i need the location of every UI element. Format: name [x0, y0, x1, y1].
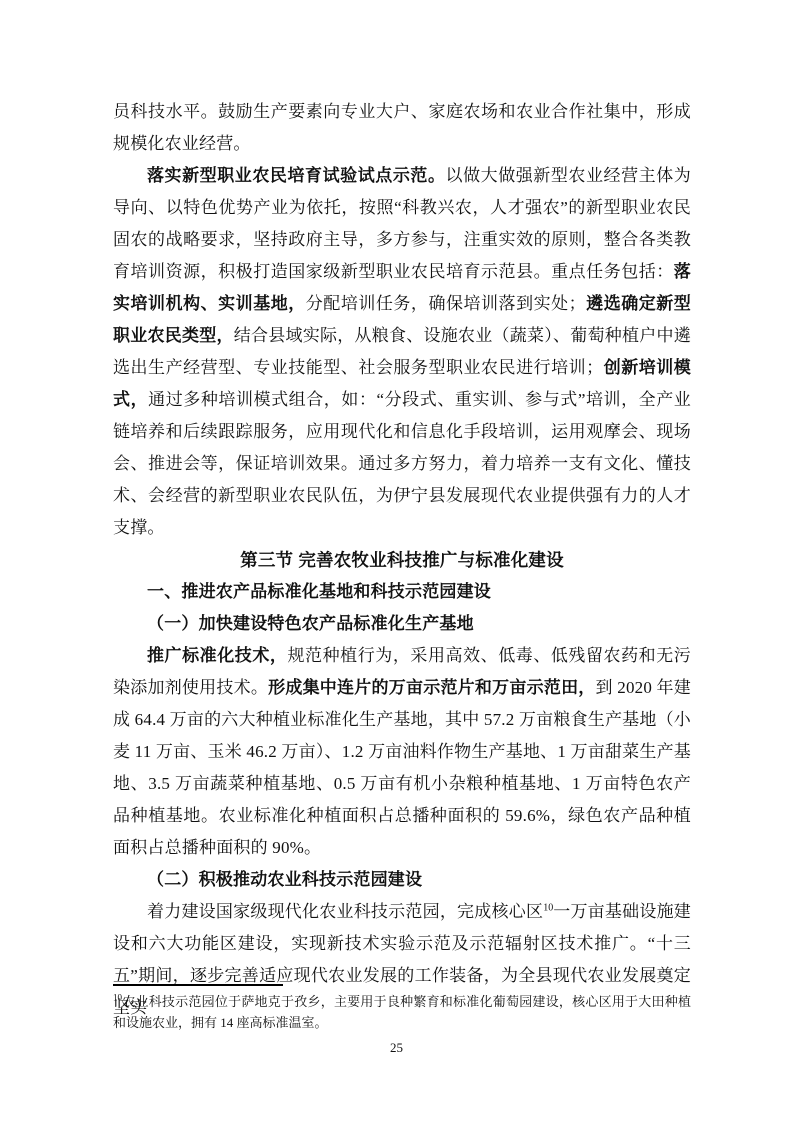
section-heading: 第三节 完善农牧业科技推广与标准化建设	[113, 544, 691, 576]
footnote-body: 农业科技示范园位于萨地克于孜乡，主要用于良种繁育和标准化葡萄园建设，核心区用于大…	[113, 994, 691, 1030]
text-run: 着力建设国家级现代化农业科技示范园，完成核心区	[147, 902, 543, 921]
paragraph-training: 落实新型职业农民培育试验试点示范。以做大做强新型农业经营主体为导向、以特色优势产…	[113, 160, 691, 544]
footnote-text: 10农业科技示范园位于萨地克于孜乡，主要用于良种繁育和标准化葡萄园建设，核心区用…	[113, 991, 691, 1033]
sub-heading-1-1: （一）加快建设特色农产品标准化生产基地	[113, 608, 691, 640]
text-run: 分配培训任务，确保培训落到实处；	[306, 294, 586, 313]
bold-run: 落实新型职业农民培育试验试点示范。	[147, 166, 446, 185]
text-run: 通过多种培训模式组合，如：“分段式、重实训、参与式”培训，全产业链培养和后续跟踪…	[113, 390, 691, 537]
paragraph-standardization: 推广标准化技术，规范种植行为，采用高效、低毒、低残留农药和无污染添加剂使用技术。…	[113, 640, 691, 864]
paragraph-continued: 员科技水平。鼓励生产要素向专业大户、家庭农场和农业合作社集中，形成规模化农业经营…	[113, 96, 691, 160]
bold-run: 形成集中连片的万亩示范片和万亩示范田，	[268, 678, 595, 697]
document-page: 员科技水平。鼓励生产要素向专业大户、家庭农场和农业合作社集中，形成规模化农业经营…	[0, 0, 793, 1122]
page-body-text: 员科技水平。鼓励生产要素向专业大户、家庭农场和农业合作社集中，形成规模化农业经营…	[113, 96, 691, 1024]
footnote-marker: 10	[113, 993, 122, 1003]
sub-heading-1-2: （二）积极推动农业科技示范园建设	[113, 864, 691, 896]
sub-heading-1: 一、推进农产品标准化基地和科技示范园建设	[113, 576, 691, 608]
footnote-separator-line	[113, 984, 283, 986]
footnote-area: 10农业科技示范园位于萨地克于孜乡，主要用于良种繁育和标准化葡萄园建设，核心区用…	[113, 984, 691, 1033]
bold-run: 推广标准化技术，	[147, 646, 287, 665]
footnote-reference: 10	[543, 902, 553, 913]
page-number: 25	[0, 1040, 793, 1056]
text-run: 到 2020 年建成 64.4 万亩的六大种植业标准化生产基地，其中 57.2 …	[113, 678, 691, 857]
